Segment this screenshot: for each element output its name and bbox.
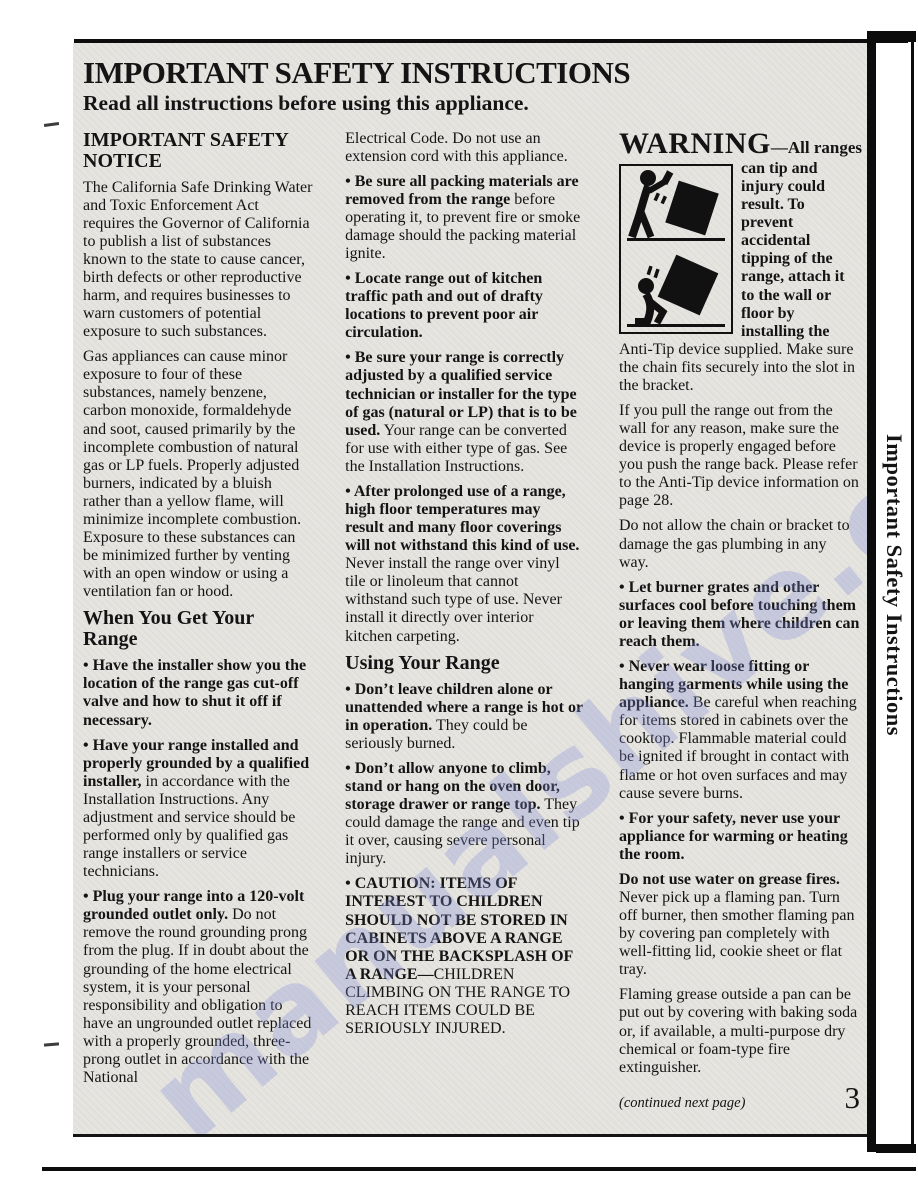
tip-over-pictogram [619, 164, 733, 334]
bullet-paragraph: • Locate range out of kitchen traffic pa… [345, 270, 583, 342]
bottom-rule [42, 1167, 916, 1171]
paragraph: The California Safe Drinking Water and T… [83, 179, 313, 342]
bold-run: • Have the installer show you the locati… [83, 657, 306, 728]
bold-run: • After prolonged use of a range, high f… [345, 483, 579, 554]
scanned-manual-page: { "page": { "title": "IMPORTANT SAFETY I… [0, 0, 918, 1188]
sidebar-edge-line [911, 42, 914, 1152]
sidebar-bottom-cap [876, 1144, 916, 1153]
column-layout: IMPORTANT SAFETY NOTICEThe California Sa… [83, 130, 860, 1112]
bullet-paragraph: • After prolonged use of a range, high f… [345, 483, 583, 646]
bold-run: • Let burner grates and other surfaces c… [619, 579, 859, 650]
bold-run: can tip and injury could result. To prev… [741, 160, 845, 340]
range-tipping-icon [621, 166, 731, 332]
paragraph: Flaming grease outside a pan can be put … [619, 986, 860, 1076]
bullet-paragraph: • Never wear loose fitting or hanging ga… [619, 658, 860, 803]
text-run: Do not remove the round grounding prong … [83, 906, 311, 1086]
sidebar-divider-bar [867, 31, 876, 1152]
text-run: The California Safe Drinking Water and T… [83, 179, 312, 341]
page-subtitle: Read all instructions before using this … [83, 93, 860, 115]
page-number: 3 [845, 1084, 861, 1112]
bullet-paragraph: • Don’t leave children alone or unattend… [345, 681, 583, 753]
text-run: Do not allow the chain or bracket to dam… [619, 517, 850, 570]
bold-run: Do not use water on grease fires. [619, 871, 840, 888]
bullet-paragraph: • Plug your range into a 120-volt ground… [83, 888, 313, 1087]
warning-heading: WARNING—All ranges [619, 130, 860, 159]
page-body: IMPORTANT SAFETY INSTRUCTIONS Read all i… [73, 43, 868, 1137]
text-run: Never pick up a flaming pan. Turn off bu… [619, 889, 854, 978]
column-right: WARNING—All ranges [619, 130, 860, 1112]
text-run: Gas appliances can cause minor exposure … [83, 348, 301, 600]
column-middle: Electrical Code. Do not use an extension… [345, 130, 583, 1112]
text-run: Flaming grease outside a pan can be put … [619, 986, 857, 1075]
paragraph: If you pull the range out from the wall … [619, 402, 860, 510]
bold-run: • For your safety, never use your applia… [619, 810, 848, 863]
sidebar-top-cap [876, 31, 916, 42]
bullet-paragraph: • Have the installer show you the locati… [83, 657, 313, 729]
text-run: If you pull the range out from the wall … [619, 402, 859, 509]
bold-run: • Don’t allow anyone to climb, stand or … [345, 760, 560, 813]
page-title: IMPORTANT SAFETY INSTRUCTIONS [83, 57, 860, 88]
column-right-blocks: If you pull the range out from the wall … [619, 402, 860, 1077]
page-footer: (continued next page) 3 [619, 1084, 860, 1112]
bullet-paragraph: • Have your range installed and properly… [83, 737, 313, 882]
continued-note: (continued next page) [619, 1095, 745, 1112]
registration-mark [44, 122, 59, 127]
section-heading: IMPORTANT SAFETY NOTICE [83, 130, 313, 172]
bold-run: • Locate range out of kitchen traffic pa… [345, 270, 543, 341]
paragraph: Do not allow the chain or bracket to dam… [619, 517, 860, 571]
bullet-paragraph: • For your safety, never use your applia… [619, 810, 860, 864]
warning-word: WARNING [619, 127, 771, 160]
column-left: IMPORTANT SAFETY NOTICEThe California Sa… [83, 130, 313, 1112]
text-run: Electrical Code. Do not use an extension… [345, 130, 568, 165]
section-heading: Using Your Range [345, 653, 583, 674]
warning-heading-tail: —All ranges [771, 138, 862, 157]
registration-mark [44, 1042, 59, 1046]
bullet-paragraph: • Be sure your range is correctly adjust… [345, 349, 583, 476]
text-run: Never install the range over vinyl tile … [345, 555, 562, 644]
text-run: Anti-Tip device supplied. Make sure the … [619, 341, 855, 394]
paragraph: Gas appliances can cause minor exposure … [83, 348, 313, 601]
paragraph: Electrical Code. Do not use an extension… [345, 130, 583, 166]
section-heading: When You Get Your Range [83, 608, 313, 650]
bullet-paragraph: • Be sure all packing materials are remo… [345, 173, 583, 263]
section-tab-label: Important Safety Instructions [877, 400, 911, 770]
bullet-paragraph: • Don’t allow anyone to climb, stand or … [345, 760, 583, 868]
bullet-paragraph: • Let burner grates and other surfaces c… [619, 579, 860, 651]
bullet-paragraph: • CAUTION: ITEMS OF INTEREST TO CHILDREN… [345, 875, 583, 1038]
paragraph: Do not use water on grease fires. Never … [619, 871, 860, 979]
